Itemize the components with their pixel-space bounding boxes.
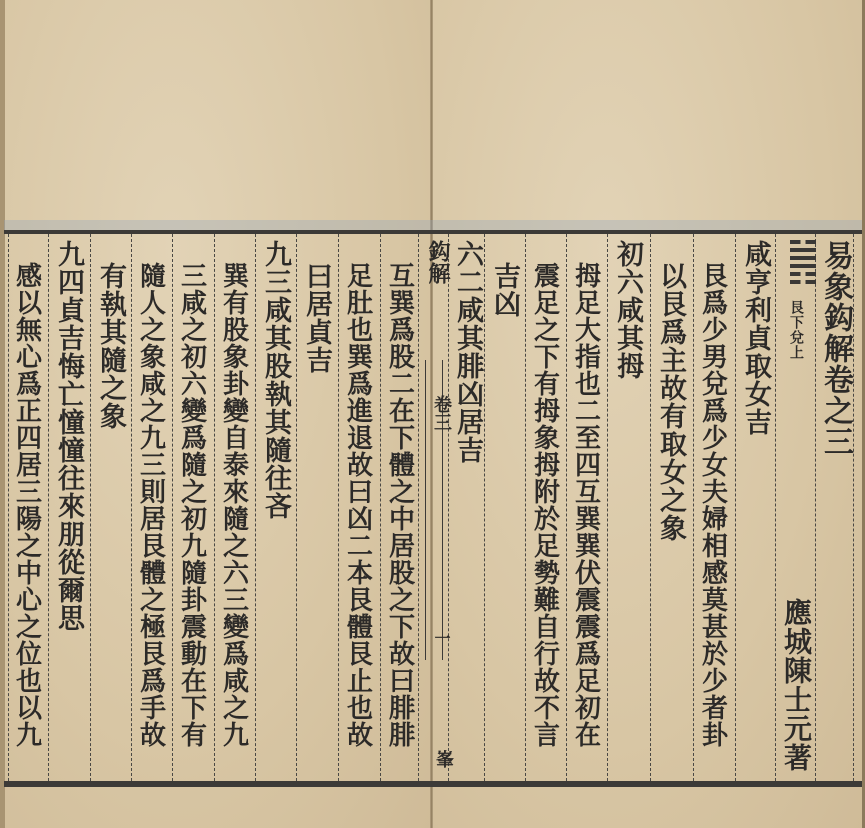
column-rule: [566, 234, 567, 781]
column-rule: [607, 234, 608, 781]
leaf-marker: 峯: [430, 750, 456, 768]
text-column: 九三咸其股執其隨往吝: [260, 240, 290, 520]
column-rule: [131, 234, 132, 781]
column-rule: [296, 234, 297, 781]
text-column: 互巽爲股二在下體之中居股之下故曰腓腓: [385, 262, 414, 748]
column-rule: [775, 234, 776, 781]
text-column: 九四貞吉悔亡憧憧往來朋從爾思: [53, 240, 83, 632]
center-volume: 卷三: [428, 395, 454, 431]
text-column: 有執其隨之象: [95, 262, 125, 430]
column-rule: [815, 234, 816, 781]
center-page-number: 一: [430, 630, 453, 646]
text-column: 吉凶: [489, 262, 519, 318]
hexagram-symbol: [790, 240, 816, 284]
hexagram-label: 艮下兌上: [788, 300, 804, 360]
text-column: 以艮爲主故有取女之象: [655, 262, 685, 542]
text-column: 震足之下有拇象拇附於足勢難自行故不言: [530, 262, 559, 748]
column-rule: [214, 234, 215, 781]
column-rule: [8, 234, 9, 781]
text-column: 巽有股象卦變自泰來隨之六三變爲咸之九: [219, 262, 248, 748]
text-column: 咸亨利貞取女吉: [740, 240, 770, 436]
text-column: 三咸之初六變爲隨之初九隨卦震動在下有: [177, 262, 206, 748]
column-rule: [90, 234, 91, 781]
column-rule: [650, 234, 651, 781]
book-title: 易象鈎解卷之三: [818, 240, 852, 457]
print-frame-top: [4, 230, 862, 234]
column-rule: [48, 234, 49, 781]
text-column: 感以無心爲正四居三陽之中心之位也以九: [12, 262, 41, 748]
text-column: 足肚也巽爲進退故曰凶二本艮體艮止也故: [343, 262, 372, 748]
column-rule: [484, 234, 485, 781]
column-rule: [338, 234, 339, 781]
column-rule: [693, 234, 694, 781]
text-column: 初六咸其拇: [612, 240, 642, 380]
ink-bleed-band: [4, 220, 862, 230]
text-column: 艮爲少男兌爲少女夫婦相感莫甚於少者卦: [698, 262, 727, 748]
column-rule: [525, 234, 526, 781]
column-rule: [418, 234, 419, 781]
text-column: 六二咸其腓凶居吉: [452, 240, 482, 464]
column-rule: [172, 234, 173, 781]
center-title: 鈎解: [425, 240, 451, 284]
text-column: 隨人之象咸之九三則居艮體之極艮爲手故: [136, 262, 165, 748]
book-edge-left: [0, 0, 5, 828]
print-frame-bottom: [4, 781, 862, 787]
column-rule: [380, 234, 381, 781]
column-rule: [448, 234, 449, 781]
text-column: 拇足大指也二至四互巽巽伏震震爲足初在: [571, 262, 600, 748]
column-rule: [853, 234, 854, 781]
author-credit: 應城陳士元著: [780, 598, 812, 772]
text-column: 曰居貞吉: [301, 262, 331, 374]
column-rule: [735, 234, 736, 781]
column-rule: [255, 234, 256, 781]
